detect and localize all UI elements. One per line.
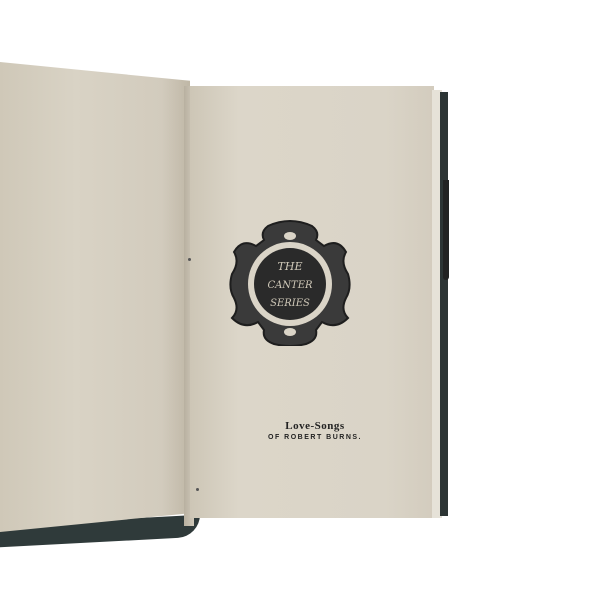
svg-text:CANTER: CANTER — [267, 280, 313, 291]
book-title: Love-Songs — [250, 420, 380, 432]
series-emblem-icon: THE CANTER SERIES — [228, 218, 352, 346]
book-spine-cover — [440, 92, 448, 516]
left-page — [0, 62, 190, 532]
paper-mark — [188, 258, 191, 261]
book-author: OF ROBERT BURNS. — [250, 434, 380, 441]
paper-mark — [196, 488, 199, 491]
svg-text:SERIES: SERIES — [270, 298, 310, 309]
bookmark-ribbon — [443, 180, 449, 280]
title-block: Love-Songs OF ROBERT BURNS. — [250, 420, 380, 441]
svg-text:THE: THE — [278, 260, 303, 273]
